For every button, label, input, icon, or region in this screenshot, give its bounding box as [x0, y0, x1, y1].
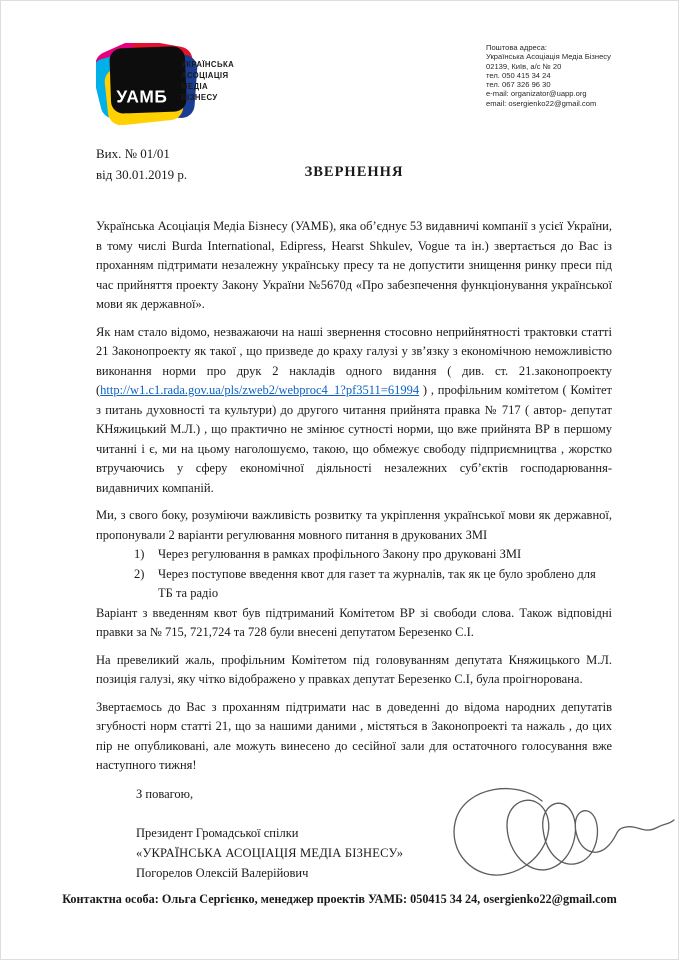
address-line: Українська Асоціація Медіа Бізнесу	[486, 52, 611, 61]
list-item-text: Через поступове введення квот для газет …	[158, 565, 612, 604]
paragraph-intro: Українська Асоціація Медіа Бізнесу (УАМБ…	[96, 217, 612, 315]
list-item-text: Через регулювання в рамках профільного З…	[158, 545, 612, 565]
paragraph-quotas: Варіант з введенням квот був підтриманий…	[96, 604, 612, 643]
paragraph-proposals: Ми, з свого боку, розуміючи важливість р…	[96, 506, 612, 545]
letter-title: ЗВЕРНЕННЯ	[96, 164, 612, 181]
contact-person-line: Контактна особа: Ольга Сергієнко, менедж…	[1, 892, 678, 907]
paragraph-appeal: Звертаємось до Вас з проханням підтримат…	[96, 698, 612, 776]
ref-number: Вих. № 01/01	[96, 143, 187, 164]
list-item: 2) Через поступове введення квот для газ…	[134, 565, 612, 604]
address-line: тел. 050 415 34 24	[486, 71, 611, 80]
list-item-marker: 1)	[134, 545, 158, 565]
address-line: email: osergienko22@gmail.com	[486, 99, 611, 108]
address-line: e-mail: organizator@uapp.org	[486, 89, 611, 98]
address-line: Поштова адреса:	[486, 43, 611, 52]
org-name-line: БІЗНЕСУ	[181, 92, 234, 103]
postal-address: Поштова адреса: Українська Асоціація Мед…	[486, 43, 611, 108]
paragraph-law: Як нам стало відомо, незважаючи на наші …	[96, 323, 612, 499]
org-name-line: МЕДІА	[181, 81, 234, 92]
rada-bill-link[interactable]: http://w1.c1.rada.gov.ua/pls/zweb2/webpr…	[100, 383, 419, 397]
address-line: тел. 067 326 96 30	[486, 80, 611, 89]
letter-page: УАМБ УКРАЇНСЬКА АСОЦІАЦІЯ МЕДІА БІЗНЕСУ …	[0, 0, 679, 960]
list-item: 1) Через регулювання в рамках профільног…	[134, 545, 612, 565]
address-line: 02139, Київ, а/с № 20	[486, 62, 611, 71]
handwritten-signature	[444, 777, 676, 891]
paragraph-law-end: ) , профільним комітетом ( Комітет з пит…	[96, 383, 612, 495]
org-name-line: АСОЦІАЦІЯ	[181, 70, 234, 81]
org-name-line: УКРАЇНСЬКА	[181, 59, 234, 70]
list-item-marker: 2)	[134, 565, 158, 604]
logo-text: УАМБ	[116, 86, 167, 106]
proposal-list: 1) Через регулювання в рамках профільног…	[96, 545, 612, 604]
organization-name: УКРАЇНСЬКА АСОЦІАЦІЯ МЕДІА БІЗНЕСУ	[181, 59, 234, 103]
paragraph-regret: На превеликий жаль, профільним Комітетом…	[96, 651, 612, 690]
